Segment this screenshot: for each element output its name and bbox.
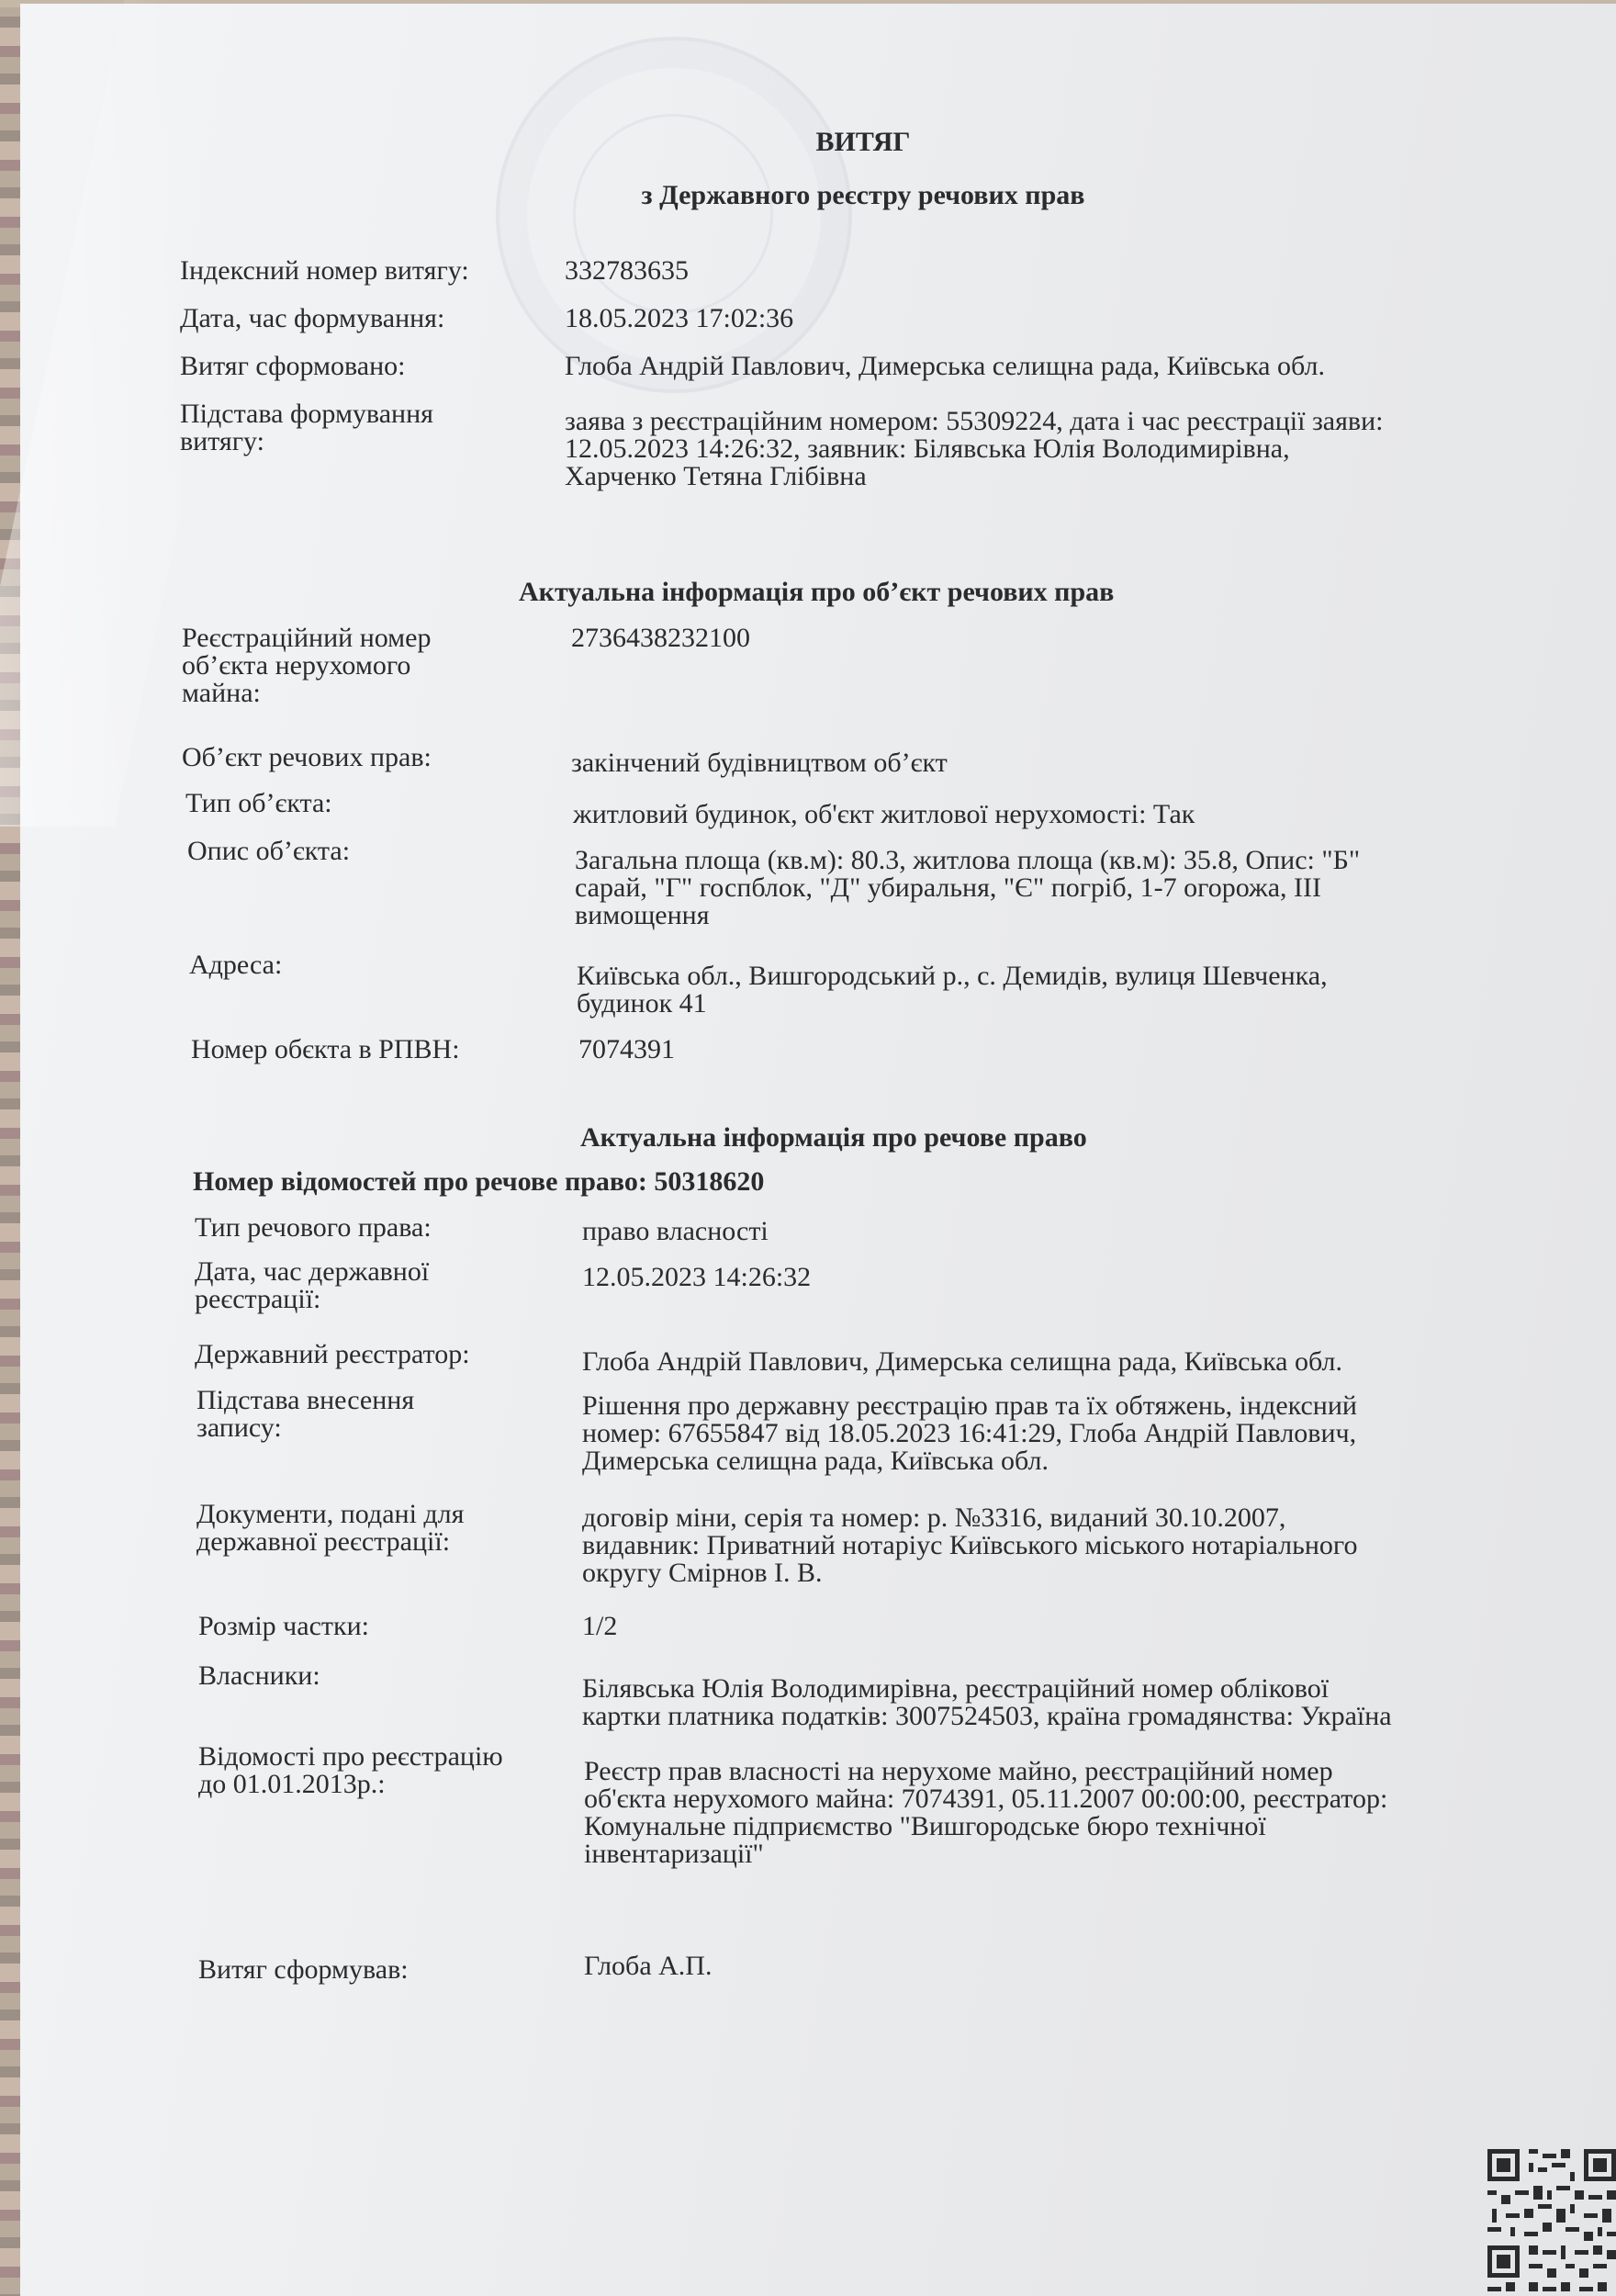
qr-code-icon xyxy=(1483,2144,1616,2296)
field-value: 7074391 xyxy=(578,1036,1616,1064)
field-value: Київська обл., Вишгородський р., с. Деми… xyxy=(577,962,1616,1018)
field-label: Підстава внесення запису: xyxy=(196,1387,564,1442)
stamp-watermark-icon xyxy=(496,37,852,393)
field-label: Дата, час державної реєстрації: xyxy=(195,1258,562,1313)
right-record-number: Номер відомостей про речове право: 50318… xyxy=(193,1166,764,1198)
field-value: 18.05.2023 17:02:36 xyxy=(565,305,1611,332)
field-label: Реєстраційний номер об’єкта нерухомого м… xyxy=(182,625,549,707)
field-label: Опис об’єкта: xyxy=(187,838,555,865)
field-label: Номер обєкта в РПВН: xyxy=(191,1036,558,1064)
field-label: Тип об’єкта: xyxy=(185,790,553,817)
field-label: Відомості про реєстрацію до 01.01.2013р.… xyxy=(198,1743,566,1798)
field-label: Державний реєстратор: xyxy=(195,1341,562,1368)
field-value: закінчений будівництвом об’єкт xyxy=(571,749,1616,777)
right-section-heading: Актуальна інформація про речове право xyxy=(580,1122,1087,1154)
field-label: Індексний номер витягу: xyxy=(180,257,547,285)
field-value: Реєстр прав власності на нерухоме майно,… xyxy=(584,1758,1612,1868)
field-label: Витяг сформовано: xyxy=(180,353,547,380)
field-value: право власності xyxy=(582,1218,1616,1245)
field-value: житловий будинок, об'єкт житлової нерухо… xyxy=(573,801,1616,828)
field-label: Об’єкт речових прав: xyxy=(182,744,549,771)
object-section-heading: Актуальна інформація про об’єкт речових … xyxy=(519,577,1114,608)
field-label: Дата, час формування: xyxy=(180,305,547,332)
field-value: договір міни, серія та номер: р. №3316, … xyxy=(582,1504,1616,1587)
document-title: ВИТЯГ xyxy=(55,127,1616,158)
field-value: 12.05.2023 14:26:32 xyxy=(582,1264,1616,1291)
field-label: Розмір частки: xyxy=(198,1613,566,1640)
field-value: 332783635 xyxy=(565,257,1611,285)
field-value: 1/2 xyxy=(582,1613,1616,1640)
field-value: заява з реєстраційним номером: 55309224,… xyxy=(565,408,1611,490)
footer-label: Витяг сформував: xyxy=(198,1956,566,1984)
field-label: Документи, подані для державної реєстрац… xyxy=(196,1501,564,1556)
field-label: Тип речового права: xyxy=(195,1214,562,1242)
field-value: Рішення про державну реєстрацію прав та … xyxy=(582,1392,1616,1475)
field-value: Загальна площа (кв.м): 80.3, житлова пло… xyxy=(575,847,1616,929)
field-label: Власники: xyxy=(198,1662,566,1690)
document-subtitle: з Державного реєстру речових прав xyxy=(55,180,1616,211)
field-label: Підстава формування витягу: xyxy=(180,400,547,456)
footer-value: Глоба А.П. xyxy=(584,1953,1616,1980)
field-value: Білявська Юлія Володимирівна, реєстрацій… xyxy=(582,1675,1610,1730)
field-value: 2736438232100 xyxy=(571,625,1616,652)
field-value: Глоба Андрій Павлович, Димерська селищна… xyxy=(565,353,1611,380)
field-label: Адреса: xyxy=(189,951,556,979)
field-value: Глоба Андрій Павлович, Димерська селищна… xyxy=(582,1348,1616,1376)
